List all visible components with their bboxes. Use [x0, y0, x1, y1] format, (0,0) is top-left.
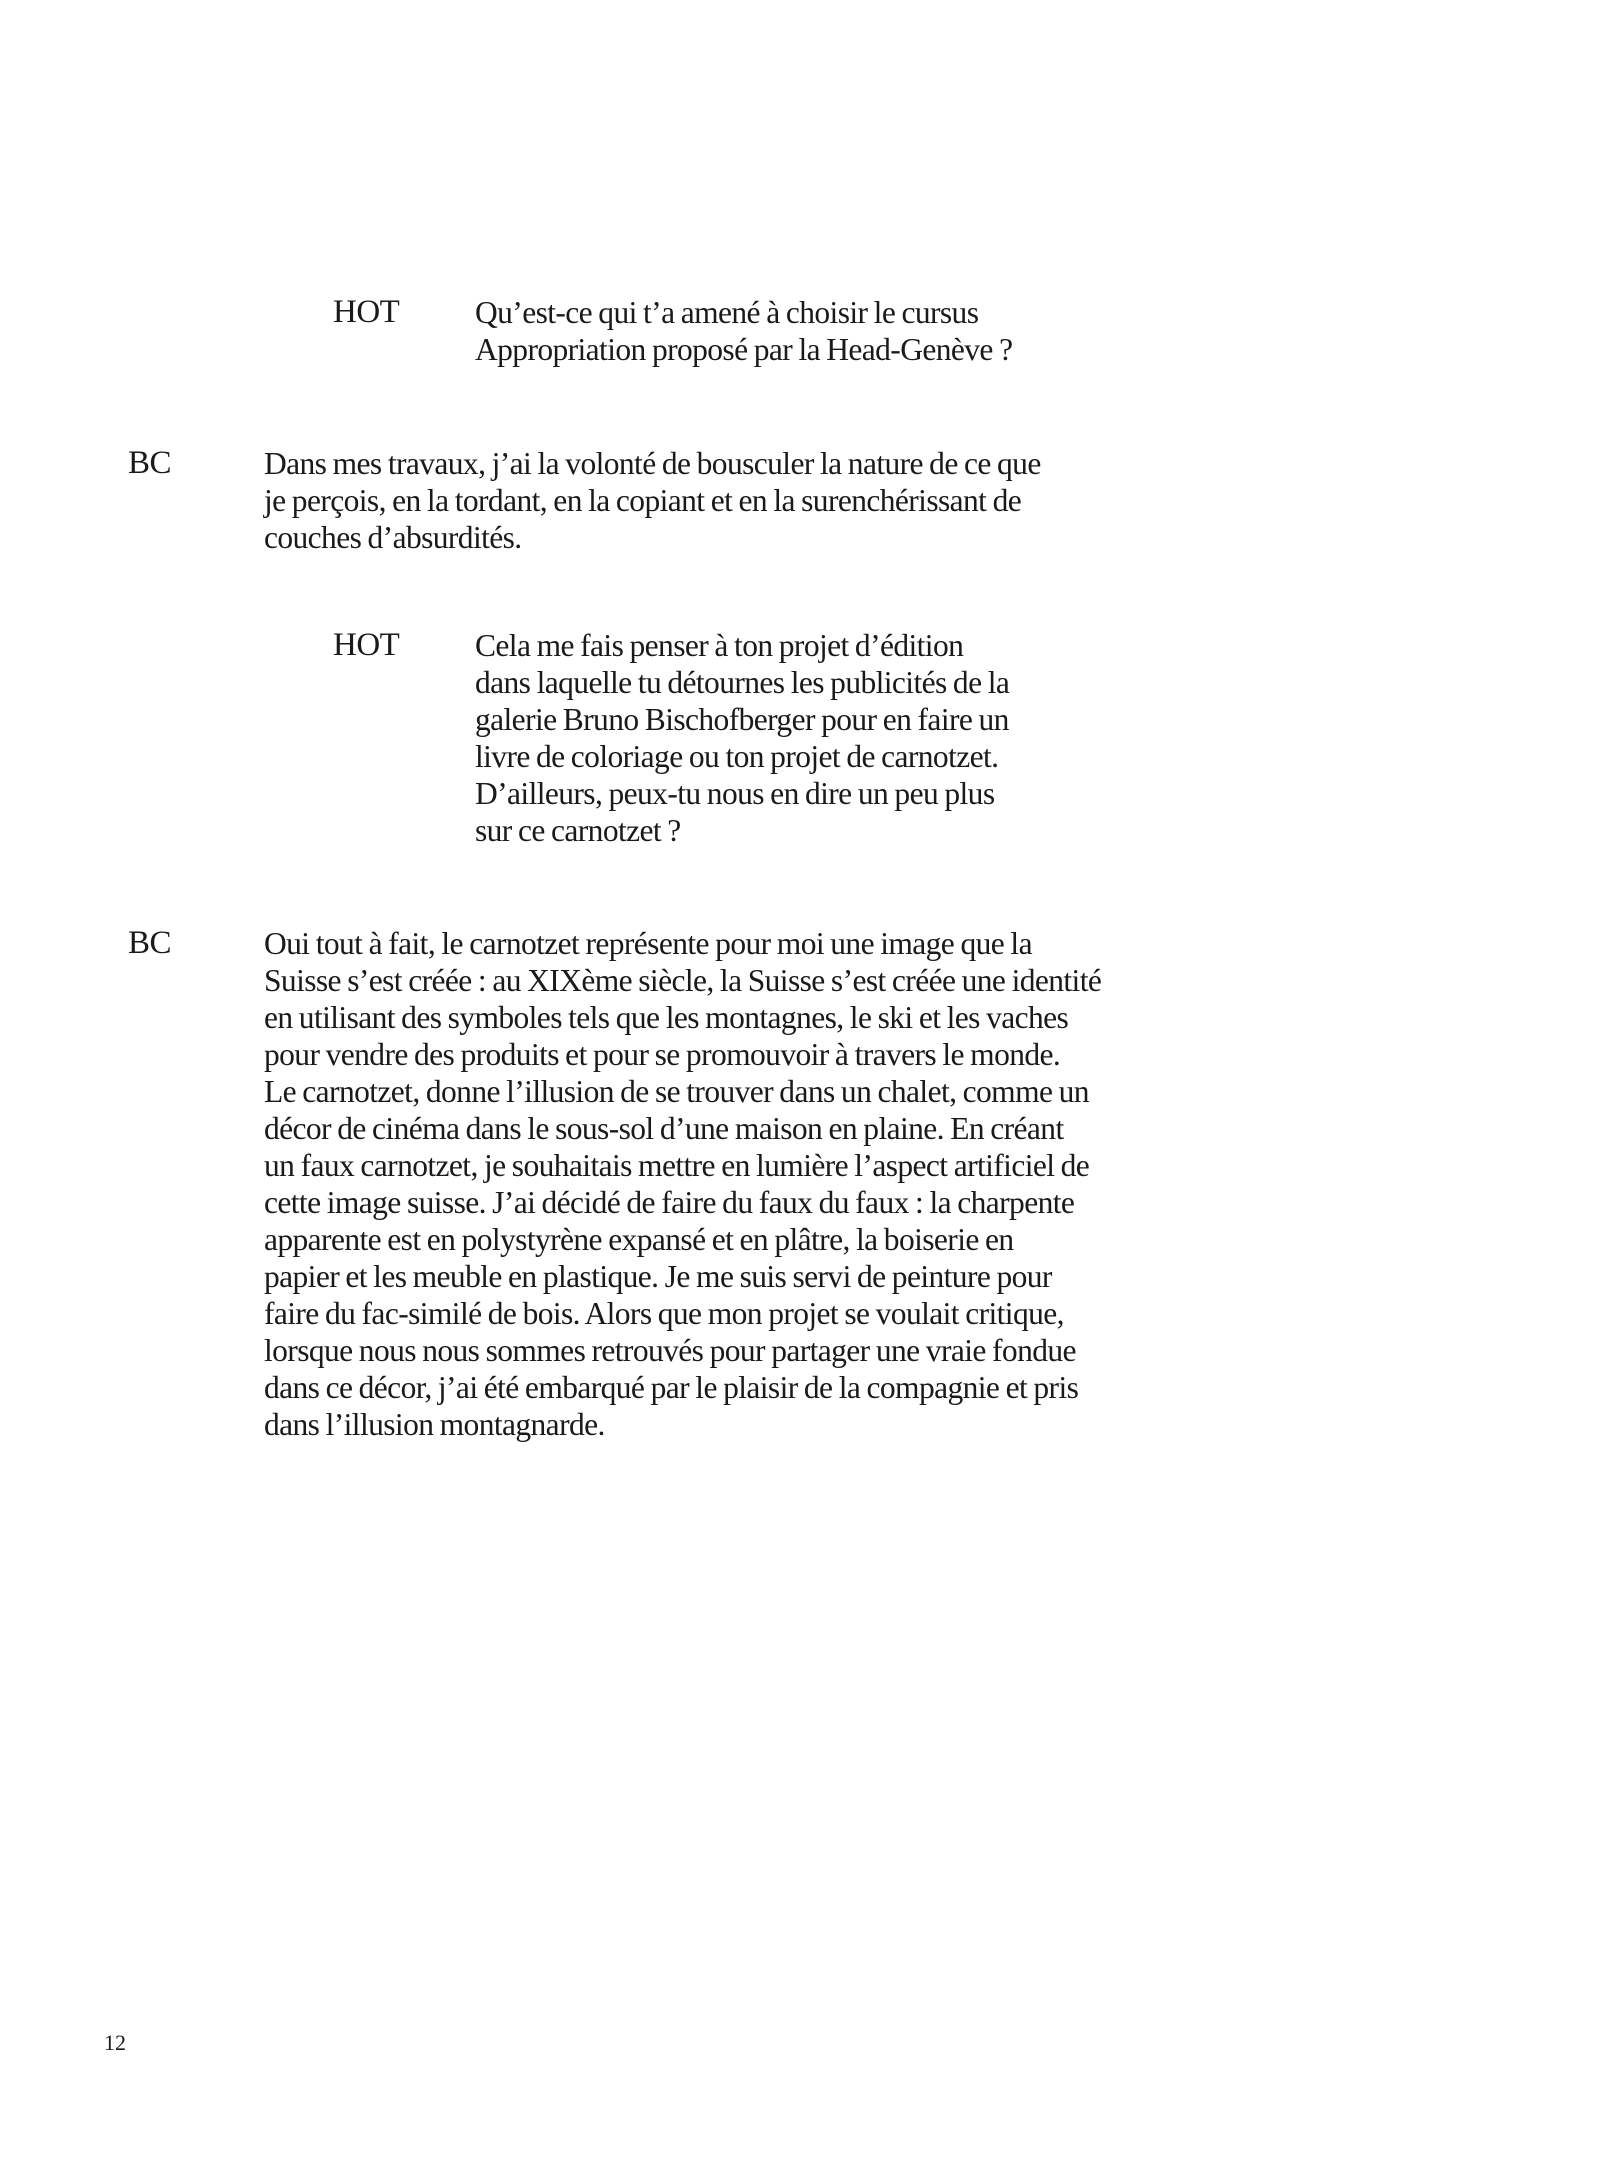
- text-line: Appropriation proposé par la Head-Genève…: [475, 331, 1012, 368]
- answer-text: Oui tout à fait, le carnotzet représente…: [264, 925, 1101, 1443]
- text-line: en utilisant des symboles tels que les m…: [264, 999, 1101, 1036]
- speaker-label: HOT: [333, 627, 475, 664]
- text-line: couches d’absurdités.: [264, 519, 1041, 556]
- text-line: D’ailleurs, peux-tu nous en dire un peu …: [475, 775, 1009, 812]
- question-text: Qu’est-ce qui t’a amené à choisir le cur…: [475, 294, 1012, 368]
- text-line: livre de coloriage ou ton projet de carn…: [475, 738, 1009, 775]
- text-line: décor de cinéma dans le sous-sol d’une m…: [264, 1110, 1101, 1147]
- speaker-label: HOT: [333, 294, 475, 331]
- answer-text: Dans mes travaux, j’ai la volonté de bou…: [264, 445, 1041, 556]
- interview-answer-2: BC Oui tout à fait, le carnotzet représe…: [128, 925, 1101, 1443]
- text-line: Qu’est-ce qui t’a amené à choisir le cur…: [475, 294, 1012, 331]
- interview-answer-1: BC Dans mes travaux, j’ai la volonté de …: [128, 445, 1041, 556]
- speaker-label: BC: [128, 925, 264, 962]
- speaker-label: BC: [128, 445, 264, 482]
- question-text: Cela me fais penser à ton projet d’éditi…: [475, 627, 1009, 849]
- text-line: cette image suisse. J’ai décidé de faire…: [264, 1184, 1101, 1221]
- text-line: lorsque nous nous sommes retrouvés pour …: [264, 1332, 1101, 1369]
- text-line: apparente est en polystyrène expansé et …: [264, 1221, 1101, 1258]
- text-line: pour vendre des produits et pour se prom…: [264, 1036, 1101, 1073]
- text-line: je perçois, en la tordant, en la copiant…: [264, 482, 1041, 519]
- interview-question-1: HOT Qu’est-ce qui t’a amené à choisir le…: [333, 294, 1012, 368]
- text-line: un faux carnotzet, je souhaitais mettre …: [264, 1147, 1101, 1184]
- text-line: dans laquelle tu détournes les publicité…: [475, 664, 1009, 701]
- interview-question-2: HOT Cela me fais penser à ton projet d’é…: [333, 627, 1009, 849]
- text-line: dans ce décor, j’ai été embarqué par le …: [264, 1369, 1101, 1406]
- text-line: galerie Bruno Bischofberger pour en fair…: [475, 701, 1009, 738]
- page-number: 12: [104, 2030, 126, 2056]
- text-line: Le carnotzet, donne l’illusion de se tro…: [264, 1073, 1101, 1110]
- text-line: sur ce carnotzet ?: [475, 812, 1009, 849]
- text-line: Dans mes travaux, j’ai la volonté de bou…: [264, 445, 1041, 482]
- text-line: papier et les meuble en plastique. Je me…: [264, 1258, 1101, 1295]
- text-line: Suisse s’est créée : au XIXème siècle, l…: [264, 962, 1101, 999]
- text-line: faire du fac-similé de bois. Alors que m…: [264, 1295, 1101, 1332]
- text-line: dans l’illusion montagnarde.: [264, 1406, 1101, 1443]
- text-line: Cela me fais penser à ton projet d’éditi…: [475, 627, 1009, 664]
- text-line: Oui tout à fait, le carnotzet représente…: [264, 925, 1101, 962]
